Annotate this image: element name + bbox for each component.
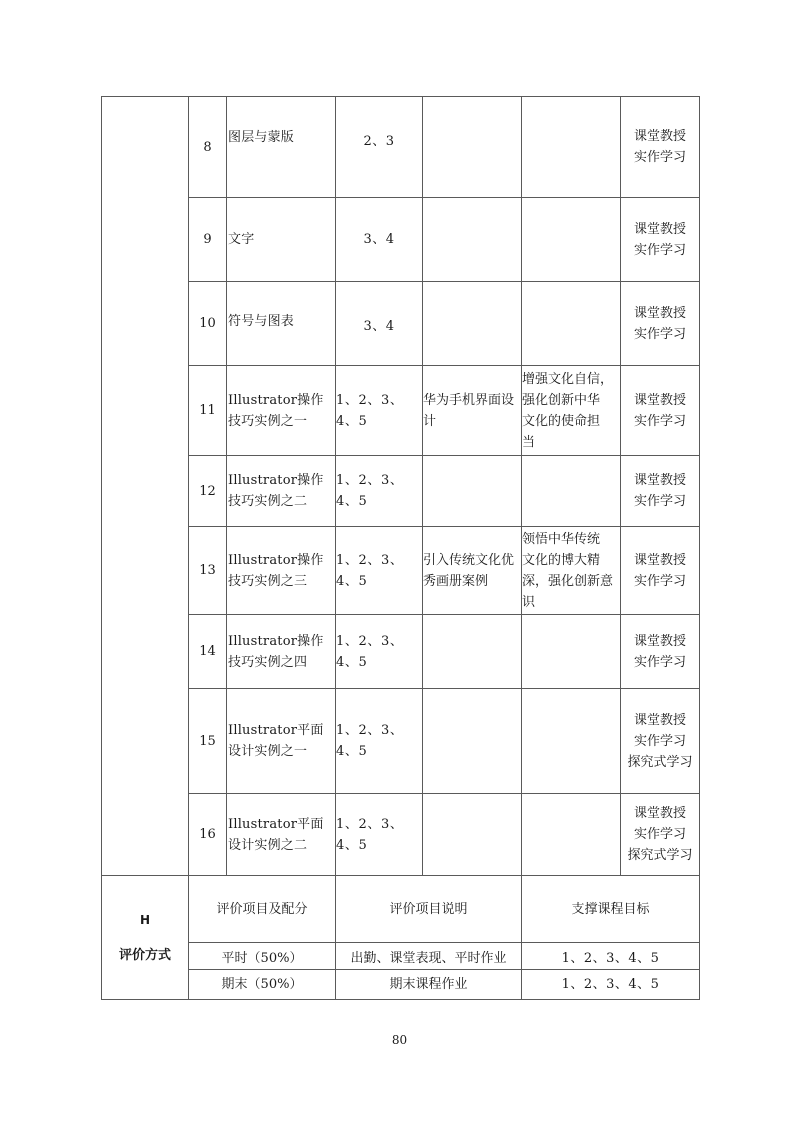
session-number: 16 bbox=[189, 794, 227, 876]
schedule-row: 15 Illustrator平面 设计实例之一 1、2、3、4、5 课堂教授 实… bbox=[102, 689, 700, 794]
eval-header-goals: 支撑课程目标 bbox=[522, 876, 700, 943]
goals-text: 3、4 bbox=[336, 316, 422, 337]
session-ideology bbox=[522, 97, 621, 198]
session-goals: 1、2、3、4、5 bbox=[336, 456, 423, 527]
eval-description-text: 出勤、课堂表现、平时作业 bbox=[336, 948, 521, 969]
method-line: 实作学习 bbox=[621, 652, 699, 673]
goals-text: 2、3 bbox=[336, 131, 422, 152]
session-topic: Illustrator操作 技巧实例之四 bbox=[227, 615, 336, 689]
eval-description: 期末课程作业 bbox=[336, 970, 522, 1000]
topic-line: 技巧实例之二 bbox=[228, 491, 335, 512]
session-topic: 图层与蒙版 bbox=[227, 97, 336, 198]
eval-header-description: 评价项目说明 bbox=[336, 876, 522, 943]
session-number: 9 bbox=[189, 198, 227, 282]
method-line: 课堂教授 bbox=[621, 390, 699, 411]
session-methods: 课堂教授 实作学习 bbox=[621, 97, 700, 198]
method-line: 探究式学习 bbox=[621, 752, 699, 773]
method-line: 实作学习 bbox=[621, 240, 699, 261]
eval-goals-text: 1、2、3、4、5 bbox=[522, 948, 699, 969]
schedule-row: 12 Illustrator操作 技巧实例之二 1、2、3、4、5 课堂教授 实… bbox=[102, 456, 700, 527]
session-number: 14 bbox=[189, 615, 227, 689]
topic-line: Illustrator平面 bbox=[228, 720, 335, 741]
session-topic: 文字 bbox=[227, 198, 336, 282]
schedule-row: 14 Illustrator操作 技巧实例之四 1、2、3、4、5 课堂教授 实… bbox=[102, 615, 700, 689]
session-topic: Illustrator操作 技巧实例之二 bbox=[227, 456, 336, 527]
schedule-row: 8 图层与蒙版 2、3 课堂教授 实作学习 bbox=[102, 97, 700, 198]
ideology-line: 领悟中华传统 bbox=[522, 529, 620, 550]
schedule-row: 16 Illustrator平面 设计实例之二 1、2、3、4、5 课堂教授 实… bbox=[102, 794, 700, 876]
page-number: 80 bbox=[0, 1033, 799, 1047]
goals-text: 1、2、3、4、5 bbox=[336, 631, 422, 673]
evaluation-section-label: H 评价方式 bbox=[102, 876, 189, 1000]
session-ideology bbox=[522, 198, 621, 282]
session-goals: 1、2、3、4、5 bbox=[336, 689, 423, 794]
session-methods: 课堂教授 实作学习 bbox=[621, 527, 700, 615]
goals-text: 1、2、3、4、5 bbox=[336, 550, 422, 592]
schedule-row: 10 符号与图表 3、4 课堂教授 实作学习 bbox=[102, 282, 700, 366]
goals-text: 1、2、3、4、5 bbox=[336, 720, 422, 762]
session-number: 8 bbox=[189, 97, 227, 198]
method-line: 探究式学习 bbox=[621, 845, 699, 866]
schedule-row: 9 文字 3、4 课堂教授 实作学习 bbox=[102, 198, 700, 282]
session-number: 10 bbox=[189, 282, 227, 366]
session-ideology bbox=[522, 456, 621, 527]
session-goals: 1、2、3、4、5 bbox=[336, 794, 423, 876]
session-ideology bbox=[522, 794, 621, 876]
topic-line: 图层与蒙版 bbox=[228, 127, 335, 148]
session-case bbox=[423, 456, 522, 527]
method-line: 课堂教授 bbox=[621, 803, 699, 824]
goals-text: 1、2、3、4、5 bbox=[336, 390, 422, 432]
case-line: 华为手机界面设 bbox=[423, 390, 521, 411]
eval-item-text: 平时（50%） bbox=[189, 948, 335, 969]
method-line: 课堂教授 bbox=[621, 126, 699, 147]
method-line: 实作学习 bbox=[621, 571, 699, 592]
method-line: 课堂教授 bbox=[621, 550, 699, 571]
session-number: 11 bbox=[189, 366, 227, 456]
method-line: 课堂教授 bbox=[621, 219, 699, 240]
topic-line: 技巧实例之一 bbox=[228, 411, 335, 432]
session-methods: 课堂教授 实作学习 探究式学习 bbox=[621, 794, 700, 876]
session-number: 13 bbox=[189, 527, 227, 615]
session-case bbox=[423, 689, 522, 794]
session-number: 12 bbox=[189, 456, 227, 527]
case-line: 引入传统文化优 bbox=[423, 550, 521, 571]
session-case bbox=[423, 615, 522, 689]
topic-line: 技巧实例之四 bbox=[228, 652, 335, 673]
session-ideology bbox=[522, 689, 621, 794]
session-ideology: 增强文化自信， 强化创新中华 文化的使命担 当 bbox=[522, 366, 621, 456]
eval-goals-text: 1、2、3、4、5 bbox=[522, 974, 699, 995]
session-methods: 课堂教授 实作学习 bbox=[621, 198, 700, 282]
topic-line: Illustrator操作 bbox=[228, 631, 335, 652]
ideology-line: 增强文化自信， bbox=[522, 369, 620, 390]
ideology-line: 强化创新中华 bbox=[522, 390, 620, 411]
topic-line: Illustrator操作 bbox=[228, 470, 335, 491]
schedule-row: 11 Illustrator操作 技巧实例之一 1、2、3、4、5 华为手机界面… bbox=[102, 366, 700, 456]
evaluation-row: 期末（50%） 期末课程作业 1、2、3、4、5 bbox=[102, 970, 700, 1000]
method-line: 课堂教授 bbox=[621, 631, 699, 652]
eval-goals: 1、2、3、4、5 bbox=[522, 943, 700, 970]
session-topic: 符号与图表 bbox=[227, 282, 336, 366]
method-line: 实作学习 bbox=[621, 147, 699, 168]
session-case: 引入传统文化优 秀画册案例 bbox=[423, 527, 522, 615]
session-goals: 1、2、3、4、5 bbox=[336, 615, 423, 689]
ideology-line: 文化的博大精 bbox=[522, 550, 620, 571]
session-number: 15 bbox=[189, 689, 227, 794]
topic-line: 技巧实例之三 bbox=[228, 571, 335, 592]
session-ideology bbox=[522, 282, 621, 366]
session-topic: Illustrator平面 设计实例之二 bbox=[227, 794, 336, 876]
evaluation-header-row: H 评价方式 评价项目及配分 评价项目说明 支撑课程目标 bbox=[102, 876, 700, 943]
topic-line: Illustrator平面 bbox=[228, 814, 335, 835]
session-methods: 课堂教授 实作学习 bbox=[621, 456, 700, 527]
session-topic: Illustrator操作 技巧实例之一 bbox=[227, 366, 336, 456]
session-case bbox=[423, 97, 522, 198]
eval-description: 出勤、课堂表现、平时作业 bbox=[336, 943, 522, 970]
topic-line: Illustrator操作 bbox=[228, 550, 335, 571]
course-table: 8 图层与蒙版 2、3 课堂教授 实作学习 9 文字 3、4 课堂教授 实作学习… bbox=[101, 96, 700, 1000]
method-line: 课堂教授 bbox=[621, 303, 699, 324]
evaluation-row: 平时（50%） 出勤、课堂表现、平时作业 1、2、3、4、5 bbox=[102, 943, 700, 970]
session-case bbox=[423, 282, 522, 366]
session-case bbox=[423, 198, 522, 282]
case-line: 秀画册案例 bbox=[423, 571, 521, 592]
section-blank-cell bbox=[102, 97, 189, 876]
session-ideology: 领悟中华传统 文化的博大精 深，强化创新意 识 bbox=[522, 527, 621, 615]
session-goals: 1、2、3、4、5 bbox=[336, 366, 423, 456]
eval-item: 平时（50%） bbox=[189, 943, 336, 970]
topic-line: 符号与图表 bbox=[228, 311, 335, 332]
method-line: 实作学习 bbox=[621, 324, 699, 345]
session-goals: 3、4 bbox=[336, 198, 423, 282]
topic-line: 设计实例之二 bbox=[228, 835, 335, 856]
session-goals: 3、4 bbox=[336, 282, 423, 366]
method-line: 实作学习 bbox=[621, 731, 699, 752]
method-line: 实作学习 bbox=[621, 824, 699, 845]
topic-line: Illustrator操作 bbox=[228, 390, 335, 411]
ideology-line: 当 bbox=[522, 432, 620, 453]
method-line: 课堂教授 bbox=[621, 470, 699, 491]
case-line: 计 bbox=[423, 411, 521, 432]
goals-text: 3、4 bbox=[336, 229, 422, 250]
session-case bbox=[423, 794, 522, 876]
method-line: 实作学习 bbox=[621, 411, 699, 432]
eval-goals: 1、2、3、4、5 bbox=[522, 970, 700, 1000]
session-topic: Illustrator平面 设计实例之一 bbox=[227, 689, 336, 794]
session-case: 华为手机界面设 计 bbox=[423, 366, 522, 456]
session-methods: 课堂教授 实作学习 bbox=[621, 615, 700, 689]
schedule-row: 13 Illustrator操作 技巧实例之三 1、2、3、4、5 引入传统文化… bbox=[102, 527, 700, 615]
ideology-line: 识 bbox=[522, 592, 620, 613]
eval-item: 期末（50%） bbox=[189, 970, 336, 1000]
topic-line: 文字 bbox=[228, 229, 335, 250]
session-goals: 1、2、3、4、5 bbox=[336, 527, 423, 615]
session-goals: 2、3 bbox=[336, 97, 423, 198]
session-topic: Illustrator操作 技巧实例之三 bbox=[227, 527, 336, 615]
goals-text: 1、2、3、4、5 bbox=[336, 814, 422, 856]
session-ideology bbox=[522, 615, 621, 689]
section-letter: H bbox=[102, 910, 188, 931]
method-line: 课堂教授 bbox=[621, 710, 699, 731]
goals-text: 1、2、3、4、5 bbox=[336, 470, 422, 512]
session-methods: 课堂教授 实作学习 bbox=[621, 282, 700, 366]
ideology-line: 文化的使命担 bbox=[522, 411, 620, 432]
method-line: 实作学习 bbox=[621, 491, 699, 512]
eval-header-item: 评价项目及配分 bbox=[189, 876, 336, 943]
section-title: 评价方式 bbox=[119, 948, 171, 963]
session-methods: 课堂教授 实作学习 bbox=[621, 366, 700, 456]
topic-line: 设计实例之一 bbox=[228, 741, 335, 762]
session-methods: 课堂教授 实作学习 探究式学习 bbox=[621, 689, 700, 794]
ideology-line: 深，强化创新意 bbox=[522, 571, 620, 592]
